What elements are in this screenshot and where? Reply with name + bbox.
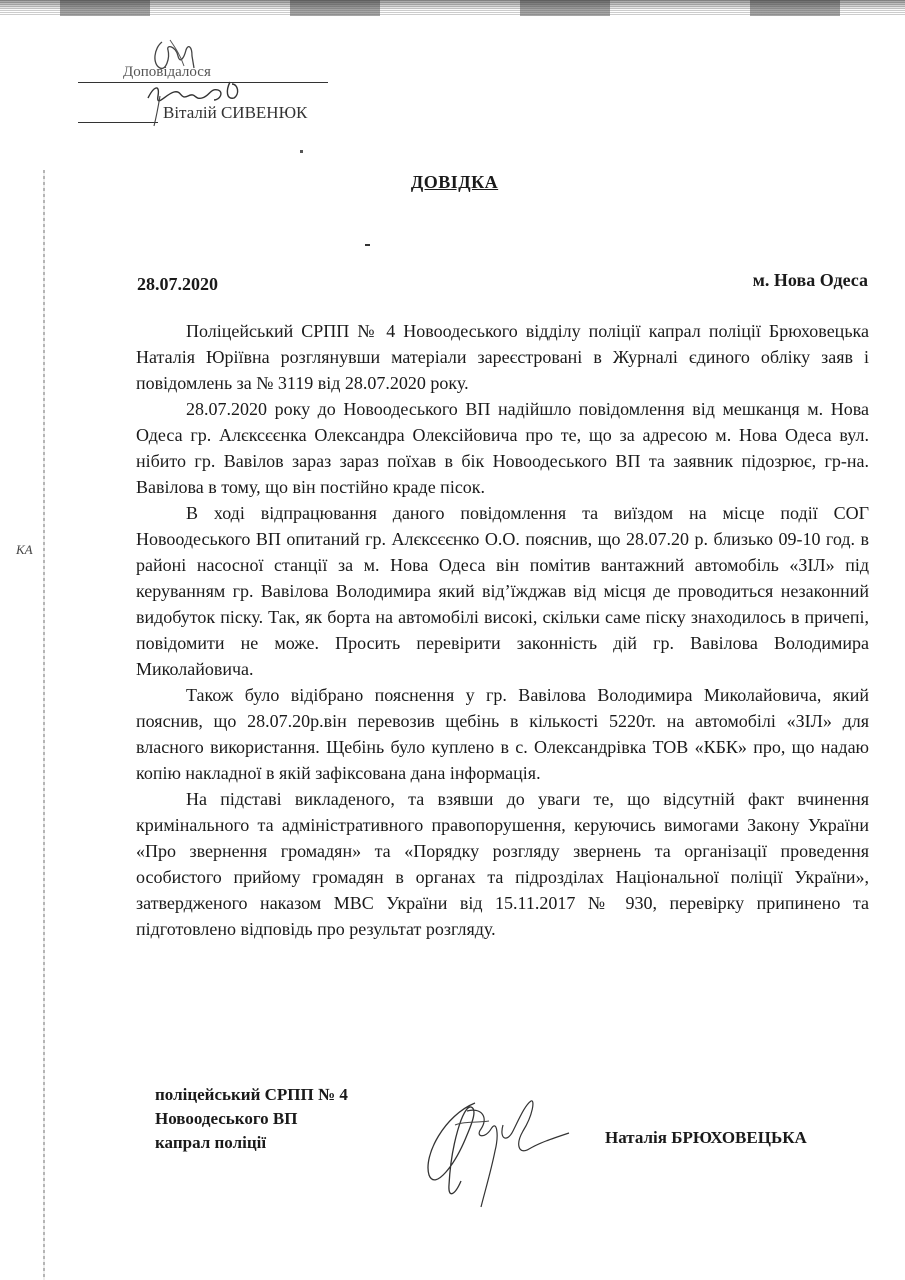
scan-artifact-vertical-line bbox=[43, 170, 45, 1280]
signatory-position-line: поліцейський СРПП № 4 bbox=[155, 1083, 348, 1107]
body-paragraph: Поліцейський СРПП № 4 Новоодеського відд… bbox=[136, 318, 869, 396]
margin-handwritten-mark: КА bbox=[16, 542, 33, 558]
signatory-position: поліцейський СРПП № 4 Новоодеського ВП к… bbox=[155, 1083, 348, 1155]
signatory-position-line: капрал поліції bbox=[155, 1131, 348, 1155]
document-date: 28.07.2020 bbox=[137, 274, 218, 295]
scan-shadow-top bbox=[0, 0, 905, 10]
body-paragraph: 28.07.2020 року до Новоодеського ВП наді… bbox=[136, 396, 869, 500]
document-location: м. Нова Одеса bbox=[753, 270, 868, 291]
body-paragraph: В ході відпрацювання даного повідомлення… bbox=[136, 500, 869, 682]
body-paragraph: Також було відібрано пояснення у гр. Вав… bbox=[136, 682, 869, 786]
approval-signature-icon bbox=[140, 38, 270, 128]
document-title-text: ДОВІДКА bbox=[411, 172, 498, 192]
scan-speck bbox=[365, 244, 370, 246]
document-title: ДОВІДКА bbox=[0, 172, 905, 193]
signatory-position-line: Новоодеського ВП bbox=[155, 1107, 348, 1131]
document-body: Поліцейський СРПП № 4 Новоодеського відд… bbox=[136, 318, 869, 942]
signatory-name: Наталія БРЮХОВЕЦЬКА bbox=[605, 1128, 807, 1148]
scan-speck bbox=[300, 150, 303, 153]
officer-signature-icon bbox=[415, 1095, 575, 1210]
body-paragraph: На підставі викладеного, та взявши до ув… bbox=[136, 786, 869, 942]
